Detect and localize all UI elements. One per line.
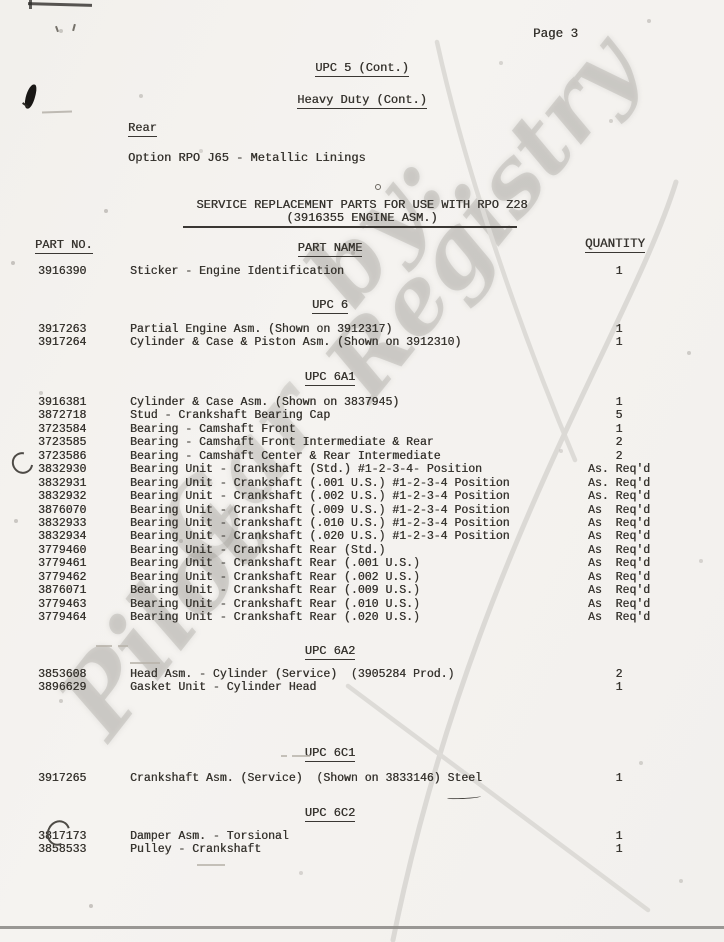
- document-page: Pilot Car by: Registry Page 3 UPC 5 (Con…: [0, 0, 724, 942]
- table-row: 3779463Bearing Unit - Crankshaft Rear (.…: [0, 598, 724, 611]
- section-heading-upc6: UPC 6: [0, 295, 660, 313]
- cell-part-no: 3832931: [38, 477, 86, 490]
- section-heading-upc6c1-label: UPC 6C1: [305, 746, 355, 762]
- cell-quantity: As. Req'd: [580, 490, 658, 503]
- cell-quantity: As. Req'd: [580, 463, 658, 476]
- table-row: 3916381Cylinder & Case Asm. (Shown on 38…: [0, 396, 724, 409]
- cell-quantity: 1: [580, 830, 658, 843]
- table-row: 3779460Bearing Unit - Crankshaft Rear (S…: [0, 544, 724, 557]
- cell-part-no: 3779460: [38, 544, 86, 557]
- cell-part-no: 3832934: [38, 530, 86, 543]
- table-row: 3876071Bearing Unit - Crankshaft Rear (.…: [0, 584, 724, 597]
- cell-quantity: As. Req'd: [580, 477, 658, 490]
- column-header-quantity: QUANTITY: [585, 237, 645, 253]
- heading-rear: Rear: [128, 121, 157, 137]
- table-row: 3832931Bearing Unit - Crankshaft (.001 U…: [0, 477, 724, 490]
- cell-part-name: Head Asm. - Cylinder (Service) (3905284 …: [130, 668, 454, 681]
- cell-part-name: Crankshaft Asm. (Service) (Shown on 3833…: [130, 772, 482, 785]
- cell-part-no: 3779463: [38, 598, 86, 611]
- heading-upc5: UPC 5 (Cont.): [0, 58, 724, 76]
- smudge-dash: [292, 755, 310, 757]
- section-heading-upc6a2-label: UPC 6A2: [305, 644, 355, 660]
- table-row: 3858533Pulley - Crankshaft1: [0, 843, 724, 856]
- table-row: 3832933Bearing Unit - Crankshaft (.010 U…: [0, 517, 724, 530]
- table-row: 3832932Bearing Unit - Crankshaft (.002 U…: [0, 490, 724, 503]
- cell-quantity: As Req'd: [580, 584, 658, 597]
- heading-heavy-duty-label: Heavy Duty (Cont.): [297, 93, 427, 109]
- cell-quantity: 2: [580, 450, 658, 463]
- table-row: 3832934Bearing Unit - Crankshaft (.020 U…: [0, 530, 724, 543]
- smudge-dash: [96, 645, 112, 647]
- parts-section-intro: 3916390Sticker - Engine Identification1: [0, 265, 724, 278]
- table-row: 3723586Bearing - Camshaft Center & Rear …: [0, 450, 724, 463]
- cell-part-no: 3832932: [38, 490, 86, 503]
- table-row: 3872718Stud - Crankshaft Bearing Cap5: [0, 409, 724, 422]
- column-header-part-name-label: PART NAME: [298, 241, 363, 257]
- cell-part-no: 3858533: [38, 843, 86, 856]
- cell-part-name: Damper Asm. - Torsional: [130, 830, 289, 843]
- table-row: 3817173Damper Asm. - Torsional1: [0, 830, 724, 843]
- cell-part-name: Bearing - Camshaft Front: [130, 423, 296, 436]
- cell-part-name: Bearing - Camshaft Front Intermediate & …: [130, 436, 434, 449]
- cell-quantity: 1: [580, 336, 658, 349]
- cell-quantity: 1: [580, 396, 658, 409]
- parts-section-upc6c2: 3817173Damper Asm. - Torsional13858533Pu…: [0, 830, 724, 857]
- cell-part-name: Bearing Unit - Crankshaft (.002 U.S.) #1…: [130, 490, 510, 503]
- smudge-dash: [130, 662, 160, 664]
- cell-part-no: 3779464: [38, 611, 86, 624]
- cell-quantity: 1: [580, 772, 658, 785]
- cell-part-no: 3876071: [38, 584, 86, 597]
- table-row: 3779464Bearing Unit - Crankshaft Rear (.…: [0, 611, 724, 624]
- cell-quantity: As Req'd: [580, 504, 658, 517]
- cell-part-no: 3872718: [38, 409, 86, 422]
- cell-part-name: Bearing Unit - Crankshaft (.010 U.S.) #1…: [130, 517, 510, 530]
- cell-quantity: 1: [580, 323, 658, 336]
- table-row: 3917265Crankshaft Asm. (Service) (Shown …: [0, 772, 724, 785]
- table-row: 3832930Bearing Unit - Crankshaft (Std.) …: [0, 463, 724, 476]
- cell-part-no: 3876070: [38, 504, 86, 517]
- cell-part-name: Bearing Unit - Crankshaft Rear (.001 U.S…: [130, 557, 420, 570]
- cell-part-name: Bearing Unit - Crankshaft Rear (.020 U.S…: [130, 611, 420, 624]
- cell-quantity: As Req'd: [580, 598, 658, 611]
- table-row: 3723585Bearing - Camshaft Front Intermed…: [0, 436, 724, 449]
- table-row: 3917263Partial Engine Asm. (Shown on 391…: [0, 323, 724, 336]
- cell-part-name: Bearing Unit - Crankshaft (.001 U.S.) #1…: [130, 477, 510, 490]
- cell-quantity: 1: [580, 423, 658, 436]
- title-rule: [183, 226, 517, 228]
- table-row: 3779462Bearing Unit - Crankshaft Rear (.…: [0, 571, 724, 584]
- cell-part-name: Bearing Unit - Crankshaft Rear (Std.): [130, 544, 385, 557]
- column-header-part-name: PART NAME: [0, 238, 660, 256]
- section-heading-upc6c2: UPC 6C2: [0, 803, 660, 821]
- cell-part-name: Bearing Unit - Crankshaft (.020 U.S.) #1…: [130, 530, 510, 543]
- cell-quantity: As Req'd: [580, 571, 658, 584]
- parts-section-upc6c1: 3917265Crankshaft Asm. (Service) (Shown …: [0, 772, 724, 785]
- table-row: 3779461Bearing Unit - Crankshaft Rear (.…: [0, 557, 724, 570]
- table-row: 3896629Gasket Unit - Cylinder Head1: [0, 681, 724, 694]
- section-heading-upc6-label: UPC 6: [312, 298, 348, 314]
- cell-quantity: As Req'd: [580, 611, 658, 624]
- option-line: Option RPO J65 - Metallic Linings: [128, 151, 366, 165]
- cell-part-no: 3917264: [38, 336, 86, 349]
- service-title-line2: (3916355 ENGINE ASM.): [0, 208, 724, 226]
- cell-part-no: 3896629: [38, 681, 86, 694]
- cell-part-name: Bearing Unit - Crankshaft (Std.) #1-2-3-…: [130, 463, 482, 476]
- cell-part-name: Bearing Unit - Crankshaft (.009 U.S.) #1…: [130, 504, 510, 517]
- cell-part-name: Cylinder & Case & Piston Asm. (Shown on …: [130, 336, 461, 349]
- cell-part-name: Gasket Unit - Cylinder Head: [130, 681, 316, 694]
- cell-part-no: 3779461: [38, 557, 86, 570]
- cell-part-name: Pulley - Crankshaft: [130, 843, 261, 856]
- paper-speckles: [0, 0, 2, 2]
- table-row: 3723584Bearing - Camshaft Front1: [0, 423, 724, 436]
- cell-part-no: 3723585: [38, 436, 86, 449]
- cell-quantity: 1: [580, 843, 658, 856]
- service-title-line2-label: (3916355 ENGINE ASM.): [286, 211, 437, 225]
- cell-part-name: Bearing Unit - Crankshaft Rear (.010 U.S…: [130, 598, 420, 611]
- cell-quantity: As Req'd: [580, 517, 658, 530]
- cell-part-no: 3917265: [38, 772, 86, 785]
- stray-degree-mark: [375, 184, 381, 190]
- table-row: 3916390Sticker - Engine Identification1: [0, 265, 724, 278]
- smudge-dash: [281, 755, 287, 757]
- cell-quantity: 2: [580, 668, 658, 681]
- cell-part-no: 3779462: [38, 571, 86, 584]
- table-row: 3876070Bearing Unit - Crankshaft (.009 U…: [0, 504, 724, 517]
- smudge-dash: [197, 864, 225, 866]
- cell-part-no: 3723586: [38, 450, 86, 463]
- cell-quantity: 1: [580, 265, 658, 278]
- section-heading-upc6c1: UPC 6C1: [0, 743, 660, 761]
- cell-part-no: 3723584: [38, 423, 86, 436]
- section-heading-upc6c2-label: UPC 6C2: [305, 806, 355, 822]
- scan-bottom-edge: [0, 926, 724, 929]
- cell-quantity: As Req'd: [580, 544, 658, 557]
- parts-section-upc6a2: 3853608Head Asm. - Cylinder (Service) (3…: [0, 668, 724, 695]
- cell-part-no: 3832933: [38, 517, 86, 530]
- cell-part-name: Bearing - Camshaft Center & Rear Interme…: [130, 450, 441, 463]
- parts-section-upc6: 3917263Partial Engine Asm. (Shown on 391…: [0, 323, 724, 350]
- cell-part-name: Cylinder & Case Asm. (Shown on 3837945): [130, 396, 399, 409]
- section-heading-upc6a2: UPC 6A2: [0, 641, 660, 659]
- cell-quantity: 2: [580, 436, 658, 449]
- heading-upc5-label: UPC 5 (Cont.): [315, 61, 409, 77]
- heading-heavy-duty: Heavy Duty (Cont.): [0, 90, 724, 108]
- cell-part-name: Sticker - Engine Identification: [130, 265, 344, 278]
- smudge-dash: [118, 645, 128, 647]
- cell-quantity: As Req'd: [580, 557, 658, 570]
- cell-part-no: 3853608: [38, 668, 86, 681]
- cell-part-name: Bearing Unit - Crankshaft Rear (.002 U.S…: [130, 571, 420, 584]
- cell-quantity: 1: [580, 681, 658, 694]
- parts-section-upc6a1: 3916381Cylinder & Case Asm. (Shown on 38…: [0, 396, 724, 624]
- cell-part-no: 3917263: [38, 323, 86, 336]
- cell-part-name: Partial Engine Asm. (Shown on 3912317): [130, 323, 392, 336]
- cell-part-no: 3916381: [38, 396, 86, 409]
- table-row: 3853608Head Asm. - Cylinder (Service) (3…: [0, 668, 724, 681]
- cell-part-name: Stud - Crankshaft Bearing Cap: [130, 409, 330, 422]
- cell-quantity: 5: [580, 409, 658, 422]
- table-row: 3917264Cylinder & Case & Piston Asm. (Sh…: [0, 336, 724, 349]
- page-number: Page 3: [533, 27, 578, 41]
- scan-edge-tick: [29, 0, 32, 9]
- section-heading-upc6a1-label: UPC 6A1: [305, 370, 355, 386]
- section-heading-upc6a1: UPC 6A1: [0, 367, 660, 385]
- cell-part-no: 3916390: [38, 265, 86, 278]
- cell-quantity: As Req'd: [580, 530, 658, 543]
- cell-part-no: 3832930: [38, 463, 86, 476]
- cell-part-name: Bearing Unit - Crankshaft Rear (.009 U.S…: [130, 584, 420, 597]
